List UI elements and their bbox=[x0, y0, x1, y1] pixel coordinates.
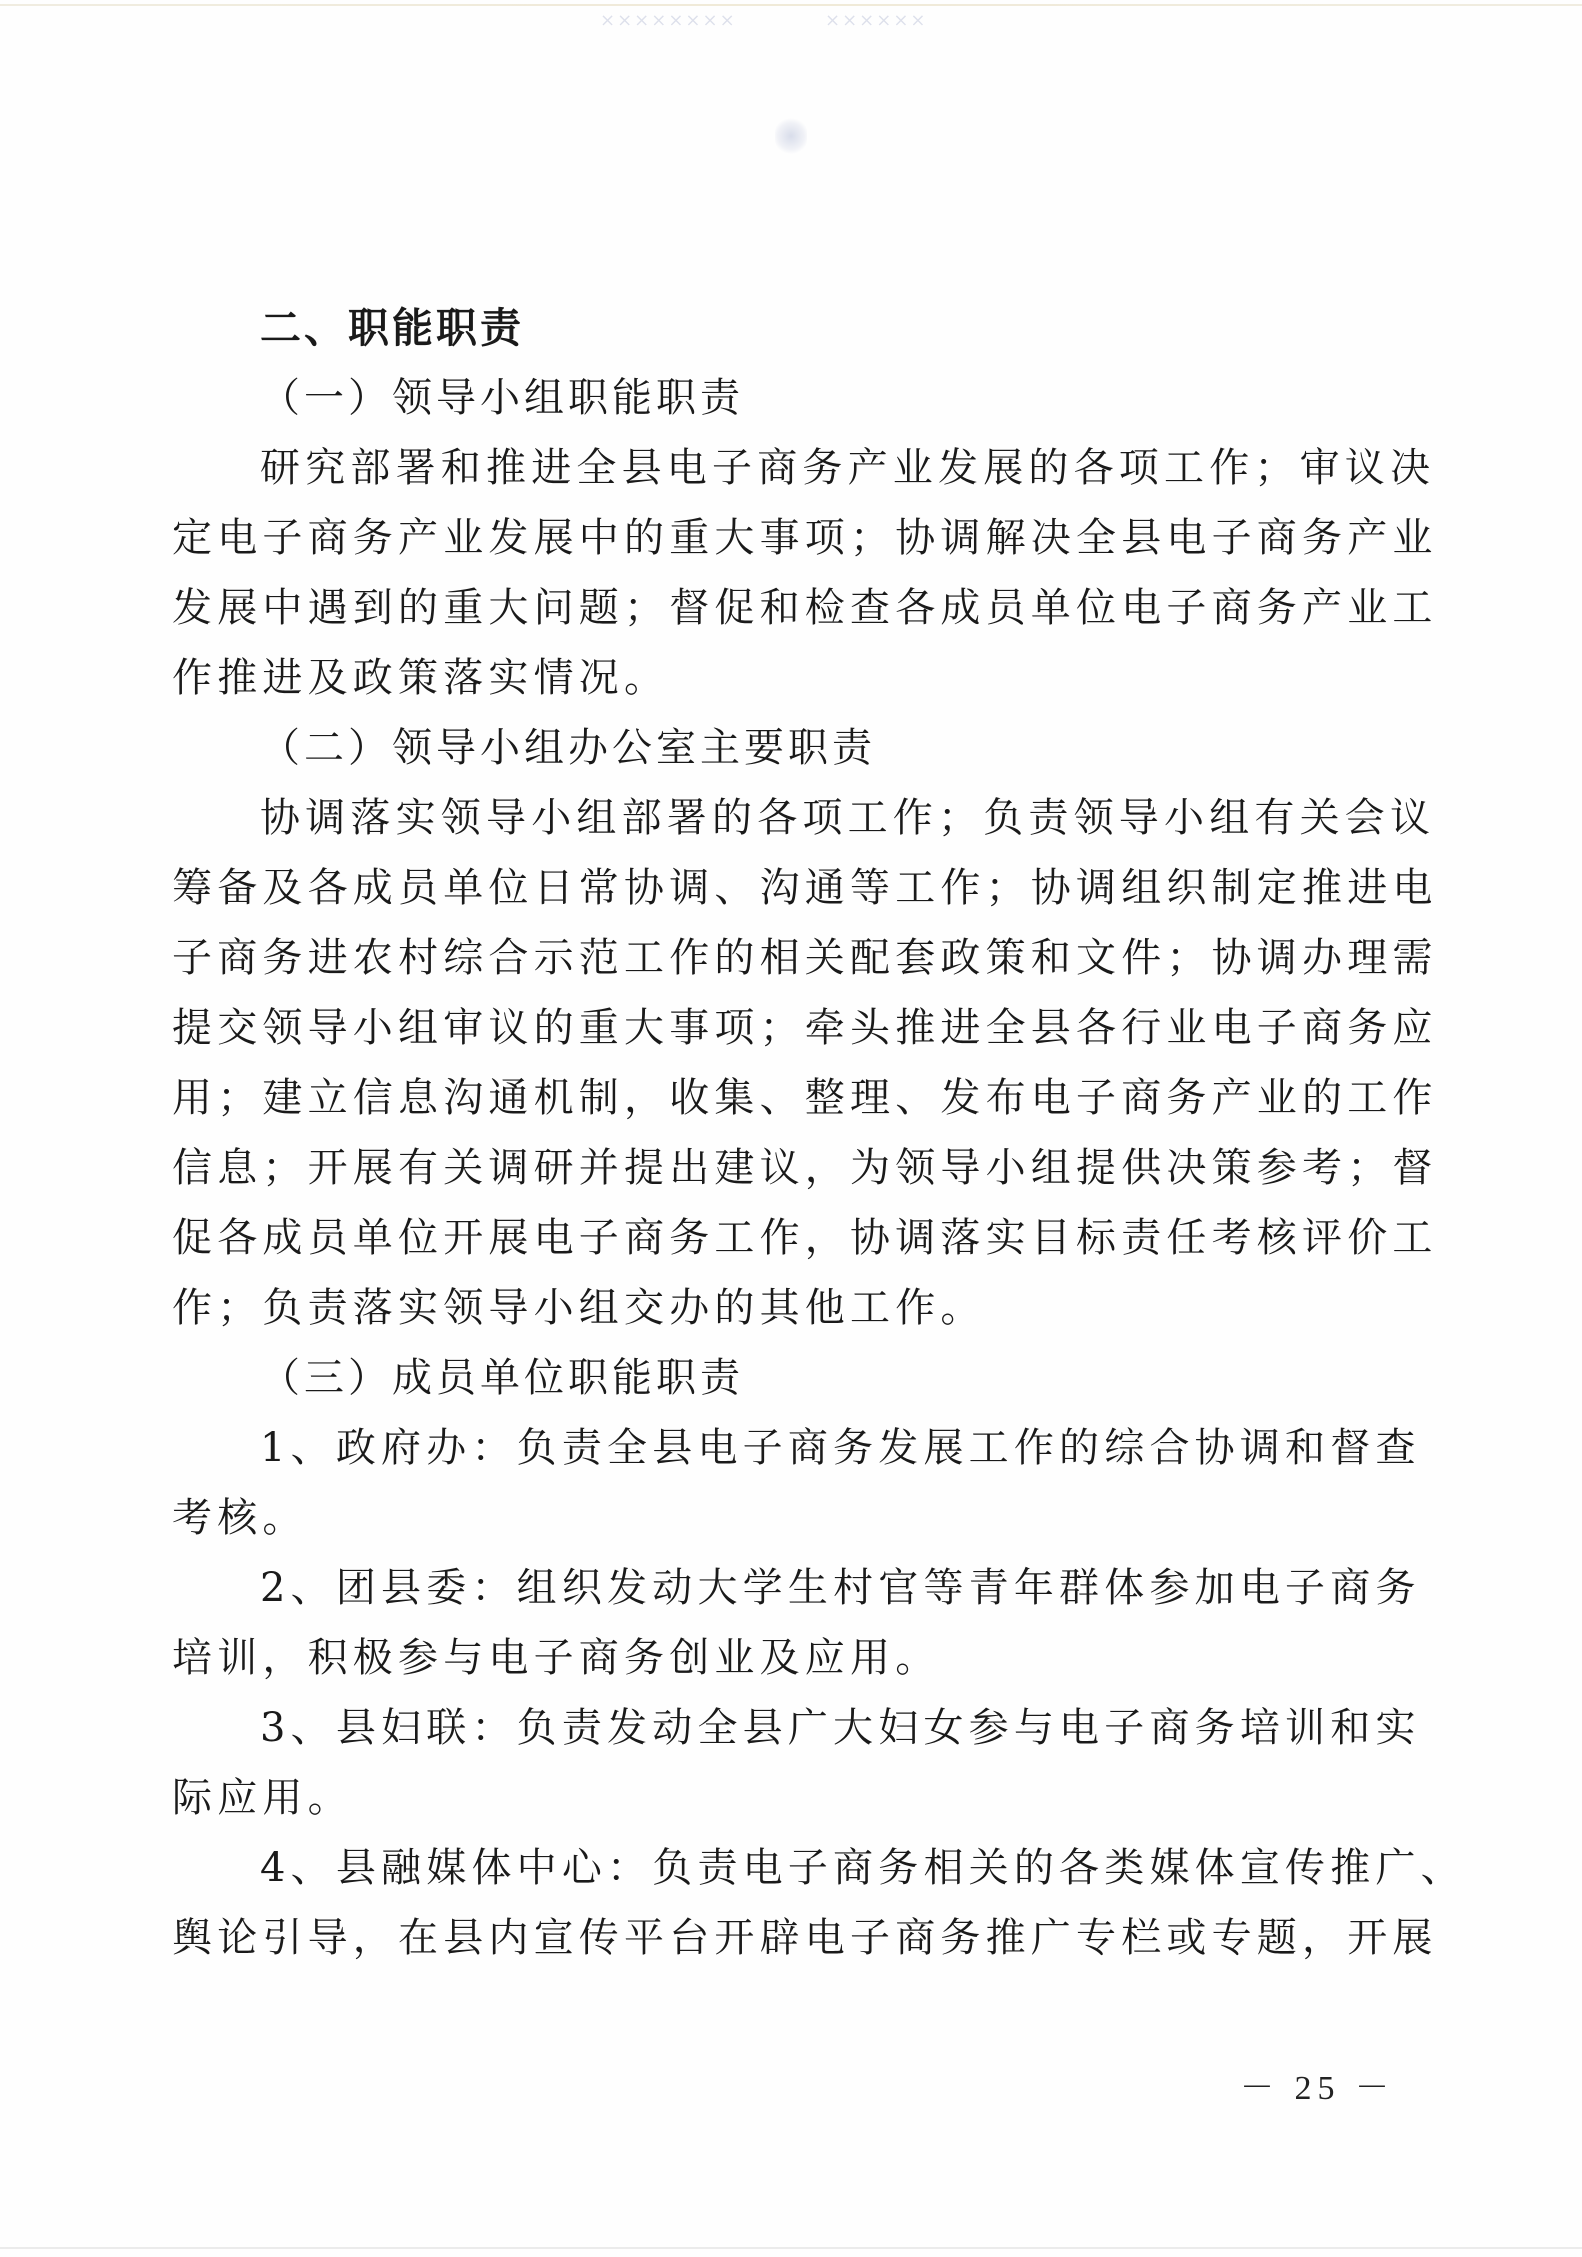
bleed-through-text-right: ×××××× bbox=[825, 10, 928, 31]
subsection-heading-2: （二）领导小组办公室主要职责 bbox=[172, 713, 1362, 783]
member-unit-item-1: 1、政府办：负责全县电子商务发展工作的综合协调和督查 bbox=[172, 1413, 1362, 1483]
paragraph-line: 际应用。 bbox=[172, 1763, 1362, 1833]
paragraph-line: 提交领导小组审议的重大事项；牵头推进全县各行业电子商务应 bbox=[172, 993, 1362, 1063]
bleed-through-stamp-mark bbox=[775, 118, 807, 154]
paragraph-line: 子商务进农村综合示范工作的相关配套政策和文件；协调办理需 bbox=[172, 923, 1362, 993]
scan-bottom-edge bbox=[0, 2247, 1582, 2249]
member-unit-item-4: 4、县融媒体中心：负责电子商务相关的各类媒体宣传推广、 bbox=[172, 1833, 1362, 1903]
scan-top-edge bbox=[0, 4, 1582, 6]
subsection-heading-1: （一）领导小组职能职责 bbox=[172, 363, 1362, 433]
paragraph-line: 协调落实领导小组部署的各项工作；负责领导小组有关会议 bbox=[172, 783, 1362, 853]
paragraph-line: 发展中遇到的重大问题；督促和检查各成员单位电子商务产业工 bbox=[172, 573, 1362, 643]
paragraph-line: 筹备及各成员单位日常协调、沟通等工作；协调组织制定推进电 bbox=[172, 853, 1362, 923]
paragraph-line: 信息；开展有关调研并提出建议，为领导小组提供决策参考；督 bbox=[172, 1133, 1362, 1203]
bleed-through-text-left: ×××××××× bbox=[600, 10, 737, 31]
paragraph-line: 定电子商务产业发展中的重大事项；协调解决全县电子商务产业 bbox=[172, 503, 1362, 573]
page-number: － 25 － bbox=[1240, 2060, 1395, 2109]
member-unit-item-2: 2、团县委：组织发动大学生村官等青年群体参加电子商务 bbox=[172, 1553, 1362, 1623]
paragraph-line: 考核。 bbox=[172, 1483, 1362, 1553]
paragraph-line: 促各成员单位开展电子商务工作，协调落实目标责任考核评价工 bbox=[172, 1203, 1362, 1273]
document-body: 二、职能职责 （一）领导小组职能职责 研究部署和推进全县电子商务产业发展的各项工… bbox=[172, 293, 1362, 1973]
section-title: 二、职能职责 bbox=[172, 293, 1362, 363]
paragraph-line: 作；负责落实领导小组交办的其他工作。 bbox=[172, 1273, 1362, 1343]
paragraph-line: 研究部署和推进全县电子商务产业发展的各项工作；审议决 bbox=[172, 433, 1362, 503]
paragraph-line: 用；建立信息沟通机制，收集、整理、发布电子商务产业的工作 bbox=[172, 1063, 1362, 1133]
paragraph-line: 舆论引导，在县内宣传平台开辟电子商务推广专栏或专题，开展 bbox=[172, 1903, 1362, 1973]
subsection-heading-3: （三）成员单位职能职责 bbox=[172, 1343, 1362, 1413]
document-page: ×××××××× ×××××× 二、职能职责 （一）领导小组职能职责 研究部署和… bbox=[0, 0, 1582, 2257]
paragraph-line: 培训，积极参与电子商务创业及应用。 bbox=[172, 1623, 1362, 1693]
paragraph-line: 作推进及政策落实情况。 bbox=[172, 643, 1362, 713]
member-unit-item-3: 3、县妇联：负责发动全县广大妇女参与电子商务培训和实 bbox=[172, 1693, 1362, 1763]
